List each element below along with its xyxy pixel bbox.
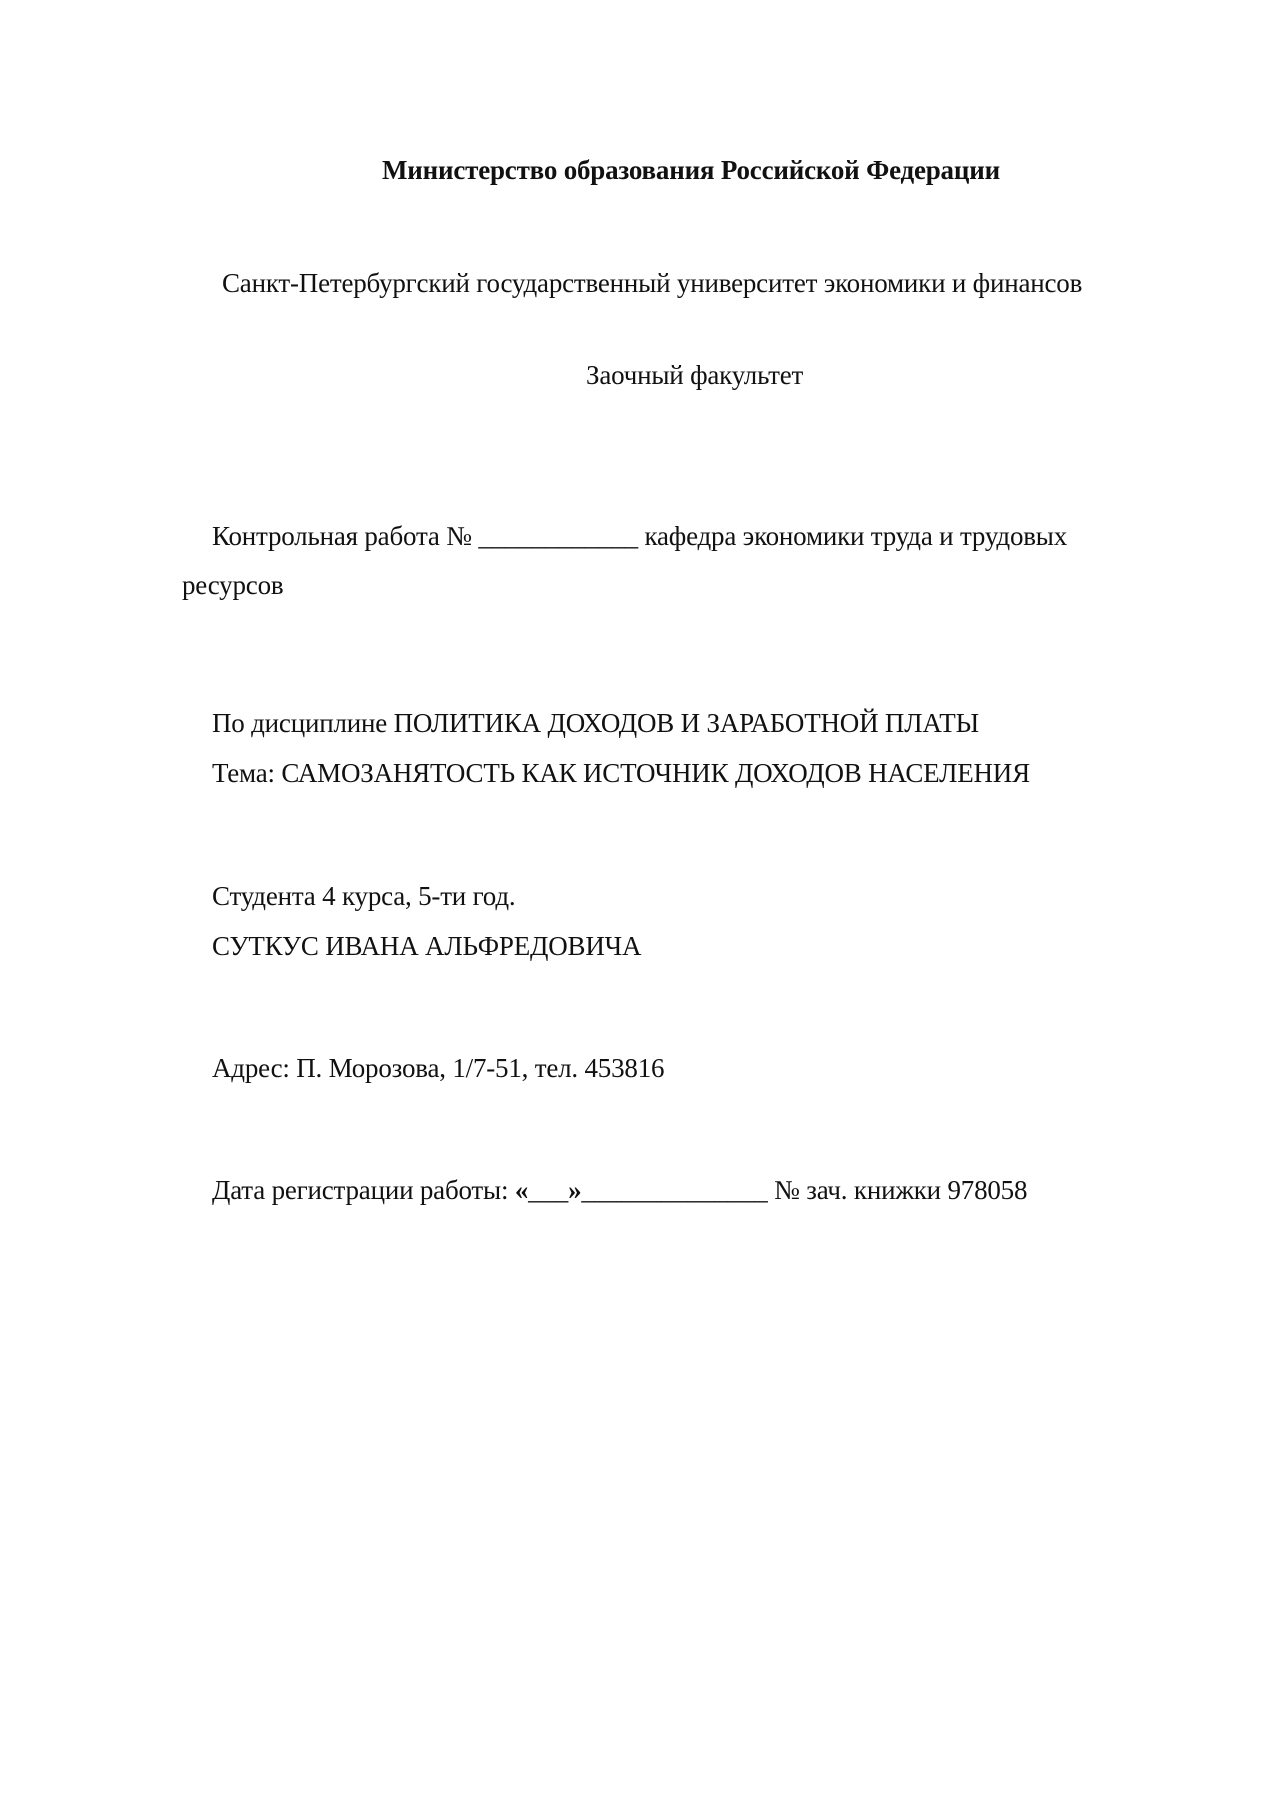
faculty-name: Заочный факультет [586, 358, 803, 392]
control-work-label: Контрольная работа № [212, 521, 472, 551]
control-work-line: Контрольная работа № ____________ кафедр… [212, 519, 1067, 553]
discipline-line: По дисциплине ПОЛИТИКА ДОХОДОВ И ЗАРАБОТ… [212, 706, 979, 740]
document-page: Министерство образования Российской Феде… [0, 0, 1280, 1811]
registration-date-line: Дата регистрации работы: «___»__________… [212, 1173, 1027, 1207]
quote-close: » [568, 1175, 581, 1205]
control-work-number-blank: ____________ [478, 521, 638, 551]
month-blank: ______________ [581, 1175, 767, 1205]
day-blank: ___ [528, 1175, 568, 1205]
university-name: Санкт-Петербургский государственный унив… [222, 266, 1082, 300]
department-text: кафедра экономики труда и трудовых [645, 521, 1068, 551]
student-address: Адрес: П. Морозова, 1/7-51, тел. 453816 [212, 1051, 664, 1085]
department-text-continued: ресурсов [182, 568, 283, 602]
topic-line: Тема: САМОЗАНЯТОСТЬ КАК ИСТОЧНИК ДОХОДОВ… [212, 756, 1030, 790]
student-course: Студента 4 курса, 5-ти год. [212, 879, 515, 913]
student-name: СУТКУС ИВАНА АЛЬФРЕДОВИЧА [212, 929, 641, 963]
quote-open: « [515, 1175, 528, 1205]
registration-label: Дата регистрации работы: [212, 1175, 508, 1205]
ministry-heading: Министерство образования Российской Феде… [382, 153, 1000, 187]
record-book-number: № зач. книжки 978058 [774, 1175, 1027, 1205]
